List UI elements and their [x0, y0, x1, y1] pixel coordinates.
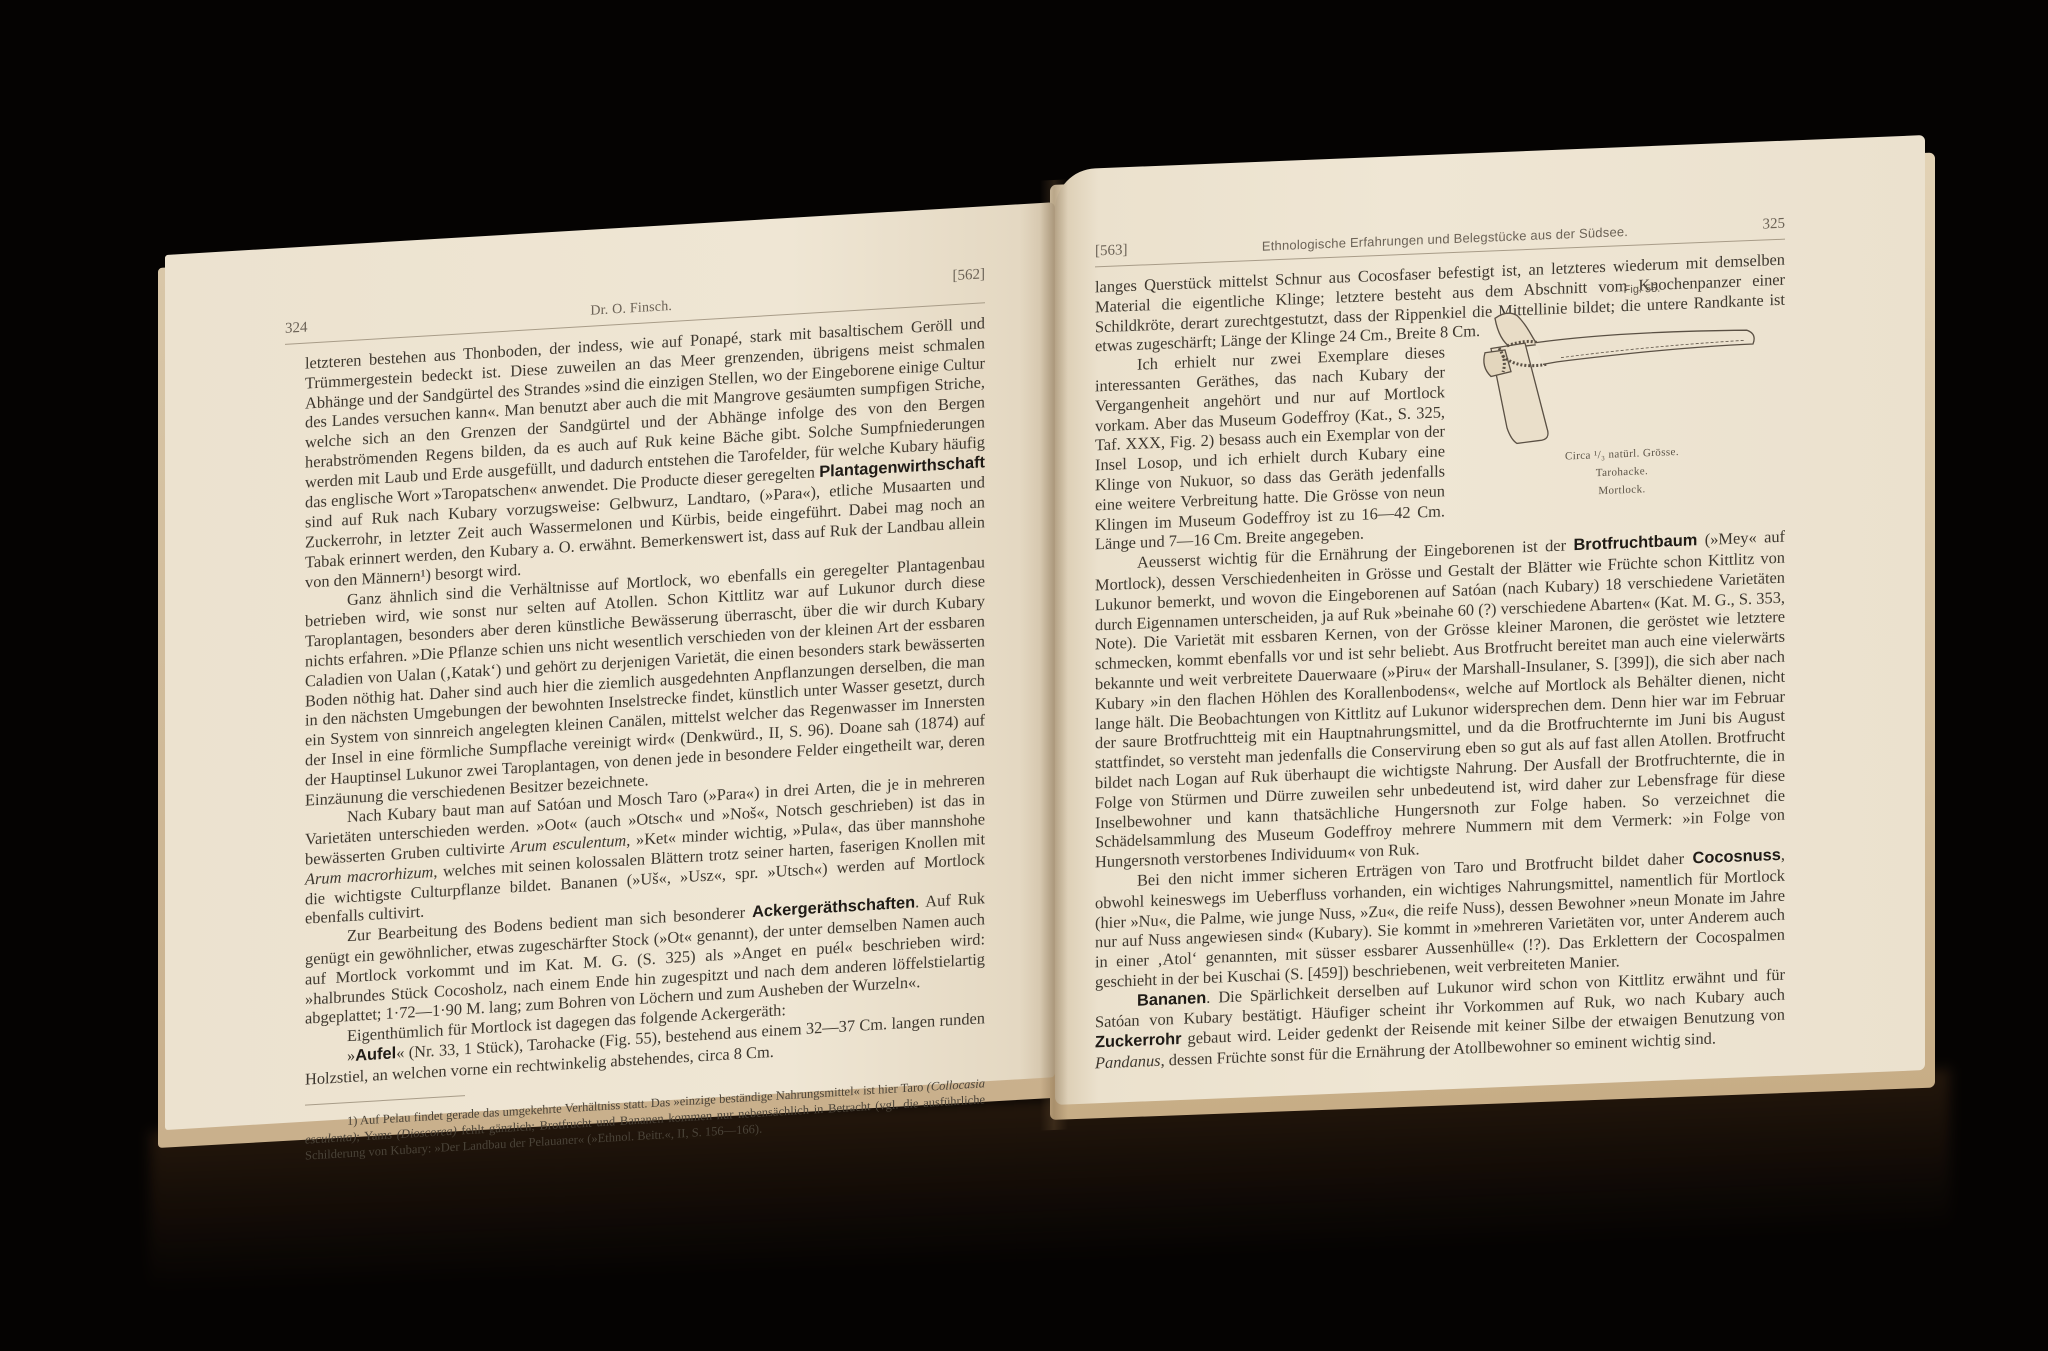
right-body-text: Aeusserst wichtig für die Ernährung der … — [1095, 527, 1785, 1073]
book-gutter — [1040, 179, 1068, 1130]
text-run: ; Yams — [356, 1128, 396, 1144]
bold-keyword: Bananen — [1137, 989, 1206, 1010]
paragraph: letzteren bestehen aus Thonboden, der in… — [305, 313, 985, 592]
paragraph: Aeusserst wichtig für die Ernährung der … — [1095, 527, 1785, 872]
figure-55: Fig. 55. Circa ¹/₃ natürl. Grösse. Taroh… — [1459, 269, 1785, 540]
italic-term: Pandanus — [1095, 1051, 1161, 1073]
figure-block: Ich erhielt nur zwei Exemplare dieses in… — [1095, 269, 1785, 555]
text-run: Ganz ähnlich sind die Verhältnisse auf M… — [305, 552, 985, 809]
left-page: [562] 324 Dr. O. Finsch. letzteren beste… — [165, 202, 1055, 1130]
figure-caption: Circa ¹/₃ natürl. Grösse. Tarohacke. Mor… — [1565, 443, 1679, 502]
figure-caption-origin: Mortlock. — [1565, 479, 1679, 502]
right-header-title: Ethnologische Erfahrungen und Belegstück… — [1262, 224, 1628, 254]
bold-keyword: Zuckerrohr — [1095, 1030, 1182, 1051]
left-page-number: 324 — [285, 320, 308, 338]
text-run: (»Mey« auf Mortlock), dessen Verschieden… — [1095, 527, 1785, 872]
italic-term: (Dioscorea) — [397, 1124, 457, 1142]
right-page: [563] Ethnologische Erfahrungen und Bele… — [1055, 135, 1925, 1105]
left-body-text: letzteren bestehen aus Thonboden, der in… — [305, 313, 985, 1089]
footnote-rule — [305, 1096, 465, 1107]
paragraph: Ganz ähnlich sind die Verhältnisse auf M… — [305, 552, 985, 810]
figure-side-text: Ich erhielt nur zwei Exemplare dieses in… — [1095, 343, 1445, 555]
text-run: » — [347, 1046, 355, 1065]
taro-hoe-illustration-icon — [1477, 299, 1767, 451]
figure-label: Fig. 55. — [1624, 280, 1661, 301]
right-page-number: 325 — [1762, 216, 1785, 234]
bold-keyword: Cocosnuss — [1693, 846, 1781, 868]
right-bracket-number: [563] — [1095, 242, 1128, 260]
left-header-author: Dr. O. Finsch. — [590, 299, 672, 320]
bold-keyword: Aufel — [355, 1044, 396, 1064]
